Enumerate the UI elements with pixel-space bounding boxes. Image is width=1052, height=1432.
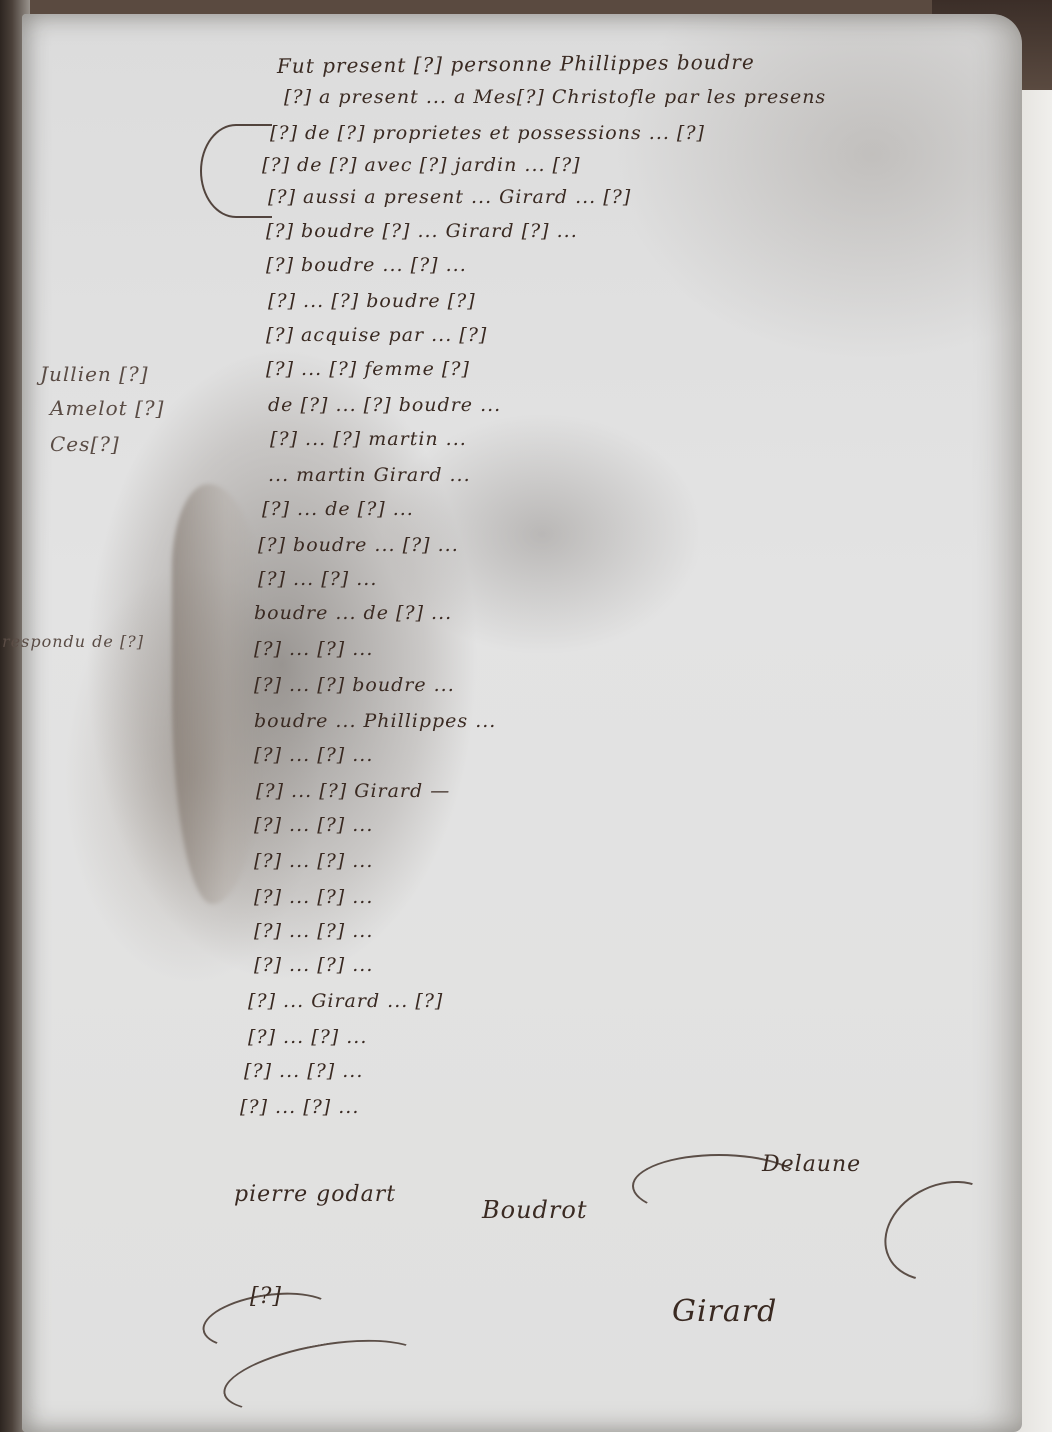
body-line-6: [?] boudre [?] ... Girard [?] ... (266, 220, 578, 242)
signature-boudrot: Boudrot (482, 1196, 587, 1224)
margin-note-3: Ces[?] (50, 432, 120, 456)
body-line-15: [?] boudre ... [?] ... (258, 534, 459, 556)
signature-girard: Girard (672, 1294, 777, 1329)
body-line-13: ... martin Girard ... (268, 464, 471, 486)
body-line-2: [?] a present ... a Mes[?] Christofle pa… (284, 86, 826, 108)
body-line-20: boudre ... Phillippes ... (254, 710, 496, 732)
body-line-14: [?] ... de [?] ... (262, 498, 414, 520)
margin-note-2: Amelot [?] (50, 396, 164, 420)
body-line-27: [?] ... [?] ... (254, 954, 373, 976)
body-line-26: [?] ... [?] ... (254, 920, 373, 942)
body-line-9: [?] acquise par ... [?] (266, 324, 487, 346)
water-stain (172, 484, 262, 904)
body-line-23: [?] ... [?] ... (254, 814, 373, 836)
body-line-29: [?] ... [?] ... (248, 1026, 367, 1048)
body-line-7: [?] boudre ... [?] ... (266, 254, 467, 276)
body-line-18: [?] ... [?] ... (254, 638, 373, 660)
margin-note-lower: respondu de [?] (2, 632, 144, 651)
body-line-12: [?] ... [?] martin ... (270, 428, 467, 450)
body-line-3: [?] de [?] proprietes et possessions ...… (270, 122, 705, 144)
body-line-10: [?] ... [?] femme [?] (266, 358, 470, 380)
body-line-30: [?] ... [?] ... (244, 1060, 363, 1082)
body-line-31: [?] ... [?] ... (240, 1096, 359, 1118)
manuscript-page: Jullien [?] Amelot [?] Ces[?] respondu d… (22, 14, 1022, 1432)
body-line-5: [?] aussi a present ... Girard ... [?] (268, 186, 631, 208)
body-line-17: boudre ... de [?] ... (254, 602, 452, 624)
body-line-8: [?] ... [?] boudre [?] (268, 290, 476, 312)
body-line-21: [?] ... [?] ... (254, 744, 373, 766)
body-line-25: [?] ... [?] ... (254, 886, 373, 908)
body-line-1: Fut present [?] personne Phillippes boud… (277, 50, 755, 78)
body-line-11: de [?] ... [?] boudre ... (268, 394, 501, 416)
body-line-19: [?] ... [?] boudre ... (254, 674, 455, 696)
body-line-4: [?] de [?] avec [?] jardin ... [?] (262, 154, 581, 176)
signature-flourish (632, 1154, 806, 1218)
margin-note-1: Jullien [?] (40, 362, 149, 386)
signature-flourish (868, 1162, 1020, 1300)
body-line-16: [?] ... [?] ... (258, 568, 377, 590)
body-line-22: [?] ... [?] Girard — (256, 780, 450, 802)
body-line-28: [?] ... Girard ... [?] (248, 990, 443, 1012)
body-line-24: [?] ... [?] ... (254, 850, 373, 872)
signature-pierre-godart: pierre godart (234, 1182, 396, 1207)
